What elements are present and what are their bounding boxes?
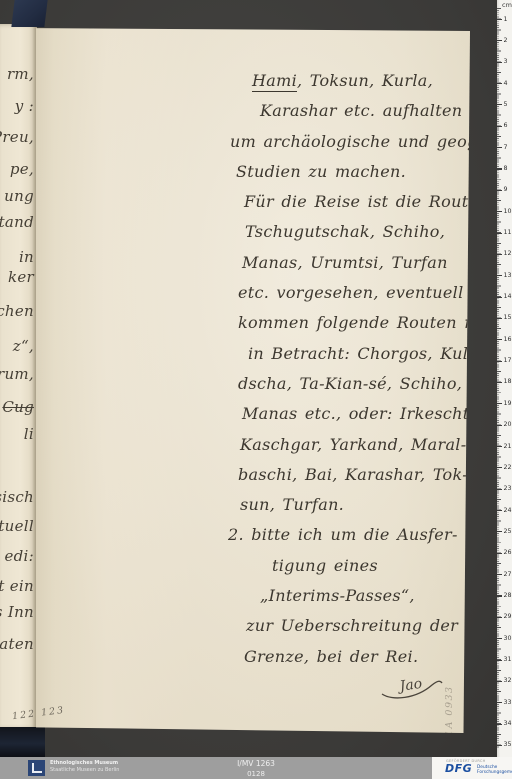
dfg-logo: DFG: [445, 762, 472, 775]
ruler-cm-number: 7: [504, 144, 508, 151]
ruler-cm-number: 24: [504, 507, 512, 514]
previous-page-text-fragment: tuell: [0, 517, 34, 535]
previous-page-text-fragment: ung: [0, 187, 34, 205]
ruler-cm-tick: [497, 254, 502, 255]
underlined-word: Hami: [252, 71, 297, 92]
previous-page-text-fragment: Cug: [0, 398, 34, 416]
ruler-cm-number: 25: [504, 528, 512, 535]
ruler-cm-tick: [497, 638, 502, 639]
ruler-cm-tick: [497, 275, 502, 276]
handwriting-line: Manas, Urumtsi, Turfan: [242, 248, 470, 278]
handwriting-line: dscha, Ta-Kian-sé, Schiho,: [238, 369, 470, 399]
ruler-cm-tick: [497, 233, 502, 234]
handwriting-line: Hami, Toksun, Kurla,: [252, 66, 470, 96]
previous-page-text-fragment: ischen: [0, 302, 34, 320]
previous-page-text-fragment: tand: [0, 213, 34, 231]
ruler-cm-number: 20: [504, 421, 512, 428]
handwriting-line: Karashar etc. aufhalten: [260, 96, 470, 126]
ruler-cm-number: 14: [504, 293, 512, 300]
ruler-unit-label: cm: [502, 1, 512, 9]
ruler-cm-number: 8: [504, 165, 508, 172]
ruler-cm-number: 11: [504, 229, 512, 236]
ruler-cm-tick: [497, 104, 502, 105]
ruler-cm-number: 10: [504, 208, 512, 215]
handwriting-line: baschi, Bai, Karashar, Tok-: [238, 460, 470, 490]
previous-page-text-fragment: t ein: [0, 577, 34, 595]
ruler-cm-tick: [497, 531, 502, 532]
ruler-cm-tick: [497, 147, 502, 148]
ruler-cm-tick: [497, 382, 502, 383]
handwriting-line: Tschugutschak, Schiho,: [245, 217, 470, 247]
previous-page-text-fragment: rm,: [0, 65, 34, 83]
ruler-cm-number: 35: [504, 741, 512, 748]
manuscript-page: Hami, Toksun, Kurla,Karashar etc. aufhal…: [36, 26, 470, 733]
ruler-cm-tick: [497, 510, 502, 511]
handwriting-line: kommen folgende Routen mit: [238, 308, 470, 338]
ruler-cm-tick: [497, 168, 502, 169]
ruler-cm-number: 1: [504, 16, 508, 23]
ruler-cm-number: 16: [504, 336, 512, 343]
ruler-cm-number: 32: [504, 677, 512, 684]
previous-page-text-fragment: edi:: [0, 547, 34, 565]
ruler-cm-tick: [497, 318, 502, 319]
ruler-cm-number: 27: [504, 571, 512, 578]
handwriting-line: etc. vorgesehen, eventuell aber: [238, 278, 470, 308]
ruler-cm-tick: [497, 617, 502, 618]
ruler-cm-tick: [497, 745, 502, 746]
dfg-full-name: Deutsche Forschungsgemeinschaft: [477, 765, 512, 775]
ruler-cm-number: 31: [504, 656, 512, 663]
ruler-cm-tick: [497, 425, 502, 426]
ruler-cm-number: 12: [504, 250, 512, 257]
ruler-cm-number: 5: [504, 101, 508, 108]
ruler-cm-tick: [497, 574, 502, 575]
previous-page-text-fragment: z“,: [0, 337, 34, 355]
previous-page-text-fragment: y :: [0, 97, 34, 115]
previous-page-text-fragment: pe,: [0, 160, 34, 178]
ruler-cm-number: 6: [504, 122, 508, 129]
ruler-cm-number: 26: [504, 549, 512, 556]
previous-page-text-fragment: in: [0, 248, 34, 266]
previous-page-text-fragment: Urum,: [0, 365, 34, 383]
previous-page-text-fragment: s Inn: [0, 603, 34, 621]
ruler-cm-tick: [497, 595, 502, 596]
ruler-cm-tick: [497, 702, 502, 703]
handwriting-line: sun, Turfan.: [240, 490, 470, 520]
ruler-cm-tick: [497, 211, 502, 212]
ruler-cm-number: 9: [504, 186, 508, 193]
handwriting-line: Studien zu machen.: [236, 157, 470, 187]
handwriting-line: Manas etc., oder: Irkeschtam,: [242, 399, 470, 429]
previous-page-text-fragment: nesisch: [0, 488, 34, 506]
handwriting-line: in Betracht: Chorgos, Kul-: [248, 339, 470, 369]
signature-paraph: Jao: [380, 672, 446, 704]
ruler-cm-number: 28: [504, 592, 512, 599]
ruler-cm-tick: [497, 126, 502, 127]
handwriting-line: zur Ueberschreitung der: [246, 611, 470, 641]
ruler-cm-tick: [497, 403, 502, 404]
ruler-cm-number: 21: [504, 443, 512, 450]
ruler-cm-tick: [497, 62, 502, 63]
ruler-cm-number: 13: [504, 272, 512, 279]
ruler-cm-number: 15: [504, 314, 512, 321]
previous-page-text-fragment: Preu,: [0, 128, 34, 146]
handwriting-line: 2. bitte ich um die Ausfer-: [228, 520, 470, 550]
ruler-cm-number: 17: [504, 357, 512, 364]
handwriting-block: Hami, Toksun, Kurla,Karashar etc. aufhal…: [36, 66, 470, 672]
ruler-cm-number: 23: [504, 485, 512, 492]
ruler-cm-tick: [497, 19, 502, 20]
ruler-cm-tick: [497, 660, 502, 661]
ruler-cm-tick: [497, 489, 502, 490]
previous-page-text-fragment: li: [0, 425, 34, 443]
binding-cloth-top: [11, 0, 47, 27]
scanned-manuscript-page: rm,y :Preu,pe,ungtandinkerischenz“,Urum,…: [0, 0, 512, 779]
ruler-cm-tick: [497, 681, 502, 682]
signature-text: Jao: [396, 676, 423, 695]
previous-page-edge: rm,y :Preu,pe,ungtandinkerischenz“,Urum,…: [0, 24, 37, 729]
ruler-cm-tick: [497, 553, 502, 554]
handwriting-line: „Interims-Passes“,: [260, 581, 470, 611]
ruler-cm-tick: [497, 297, 502, 298]
handwriting-line: Für die Reise ist die Route:: [244, 187, 470, 217]
ruler-cm-tick: [497, 40, 502, 41]
ruler-cm-number: 19: [504, 400, 512, 407]
handwriting-line: tigung eines: [272, 551, 470, 581]
ruler-cm-tick: [497, 361, 502, 362]
ruler-cm-number: 34: [504, 720, 512, 727]
measurement-ruler: cm 1234567891011121314151617181920212223…: [497, 0, 512, 760]
ruler-cm-number: 29: [504, 613, 512, 620]
handwriting-line: Grenze, bei der Rei.: [244, 642, 470, 672]
ruler-cm-tick: [497, 83, 502, 84]
binding-cloth-bottom: [0, 727, 45, 757]
ruler-cm-number: 22: [504, 464, 512, 471]
ruler-cm-tick: [497, 190, 502, 191]
handwriting-line: Kaschgar, Yarkand, Maral-: [240, 430, 470, 460]
ruler-cm-tick: [497, 724, 502, 725]
ruler-cm-number: 30: [504, 635, 512, 642]
previous-page-text-fragment: ker: [0, 268, 34, 286]
dfg-name-line2: Forschungsgemeinschaft: [477, 770, 512, 775]
handwriting-line: um archäologische und geograph.: [230, 127, 470, 157]
ruler-cm-number: 2: [504, 37, 508, 44]
ruler-cm-tick: [497, 339, 502, 340]
ruler-cm-number: 4: [504, 80, 508, 87]
dfg-logo-patch: GEFÖRDERT DURCH DFG Deutsche Forschungsg…: [432, 757, 512, 779]
ruler-cm-number: 33: [504, 699, 512, 706]
ruler-cm-number: 18: [504, 378, 512, 385]
ruler-cm-tick: [497, 446, 502, 447]
previous-page-text-fragment: aten: [0, 635, 34, 653]
archive-stamp-vertical: 1A 0933: [444, 656, 455, 736]
ruler-cm-tick: [497, 467, 502, 468]
ruler-cm-number: 3: [504, 58, 508, 65]
